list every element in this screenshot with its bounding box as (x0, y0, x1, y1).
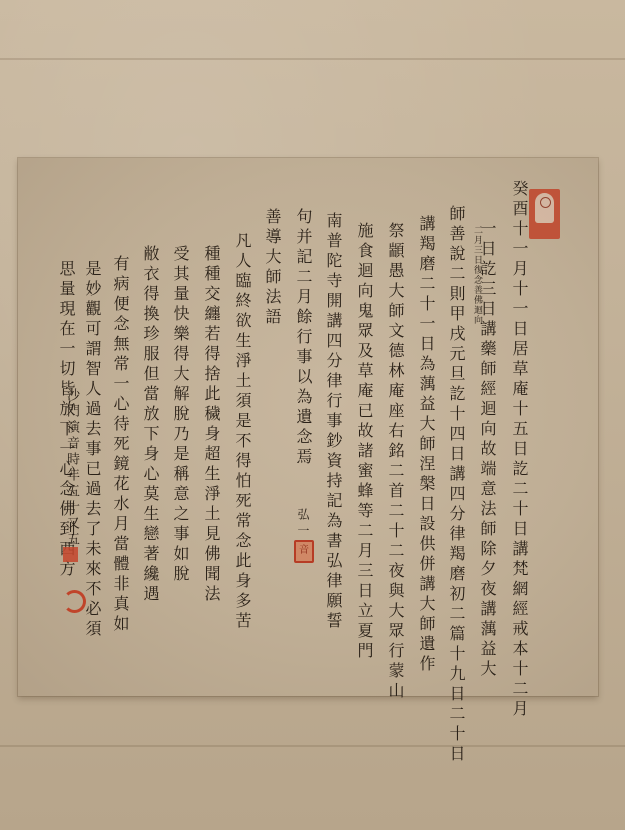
text-column-11: 種種交纏若得捨此穢身超生淨土見佛聞法 (201, 245, 221, 605)
small-square-seal-icon (63, 547, 78, 562)
text-column-12: 受其量快樂得大解脫乃是稱意之事如脫 (170, 245, 190, 585)
text-column-14: 有病便念無常一心待死鏡花水月當體非真如 (110, 255, 130, 635)
buddha-head-icon (540, 197, 551, 208)
text-column-9: 善導大師法語 (262, 208, 282, 328)
text-column-13: 敝衣得換珍服但當放下身心莫生戀著纔遇 (140, 245, 160, 605)
text-column-6: 施食迴向鬼眾及草庵已故諸蜜蜂等二月三日立夏門 (354, 222, 374, 662)
text-column-4: 講羯磨二十一日為蕅益大師涅槃日設供併講大師遺作 (416, 215, 436, 675)
text-column-10: 凡人臨終欲生淨土須是不得怕死常念此身多苦 (232, 232, 252, 632)
text-column-15: 是妙觀可謂智人過去事已過去了未來不必須 (82, 260, 102, 640)
buddha-seal-icon (529, 189, 560, 239)
mount-fold-bottom (0, 745, 625, 747)
mount-fold-top (0, 58, 625, 60)
text-column-5: 祭顓愚大師文德林庵座右銘二首二十二夜與大眾行蒙山 (385, 222, 405, 702)
scroll-mount: 癸酉十一月十一日居草庵十五日訖二十日講梵網經戒本十二月 一日訖三日講藥師經迴向故… (0, 0, 625, 830)
text-column-8: 句并記二月餘行事以為遺念焉 (293, 208, 313, 468)
text-column-3: 師善說二則甲戌元旦訖十四日講四分律羯磨初二篇十九日二十日 (446, 205, 466, 765)
round-seal-icon (63, 590, 86, 613)
small-annotation: 二月三日復念善佛迴向 (472, 225, 482, 325)
signature-final: 沙門演音時年五十又五 (62, 388, 81, 548)
yin-seal-icon: 音 (294, 540, 314, 563)
text-column-7: 南普陀寺開講四分律行事鈔資持記為書弘律願誓 (323, 212, 343, 632)
text-column-1: 癸酉十一月十一日居草庵十五日訖二十日講梵網經戒本十二月 (509, 180, 529, 720)
signature-hongyi: 弘一 (295, 508, 312, 540)
